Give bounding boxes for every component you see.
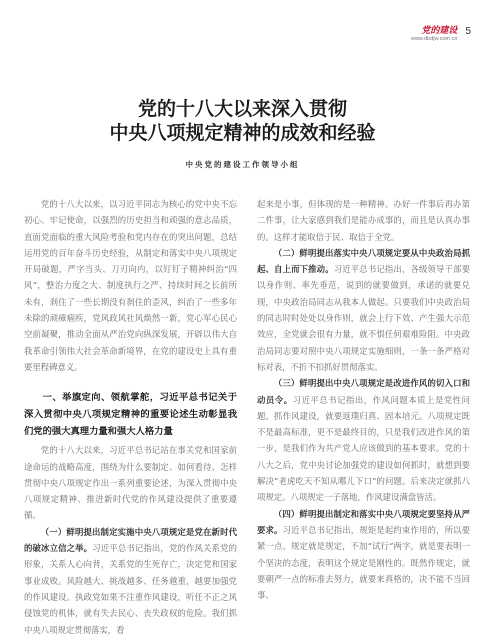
subsection-4-paragraph: （四）鲜明提出制定和落实中央八项规定要坚持从严要求。习近平总书记指出，规矩是起约… <box>257 506 470 604</box>
article-title-block: 党的十八大以来深入贯彻 中央八项规定精神的成效和经验 中央党的建设工作领导小组 <box>0 97 485 170</box>
subsection-1-paragraph: （一）鲜明提出制定实施中央八项规定是党在新时代的破冰立信之举。习近平总书记指出，… <box>24 524 237 638</box>
subsection-3-paragraph: （三）鲜明提出中央八项规定是改进作风的切入口和动员令。习近平总书记指出，作风问题… <box>257 375 470 505</box>
subsection-4-body: 习近平总书记指出，规矩是起约束作用的，所以要紧一点。规定就是规定，不加“试行”两… <box>257 525 470 600</box>
logo-url: www.dbdjw.com.cn <box>411 36 457 43</box>
subsection-1-body: 习近平总书记指出，党的作风关系党的形象，关系人心向背，关系党的生死存亡，决定党和… <box>24 543 237 634</box>
article-title-line-2: 中央八项规定精神的成效和经验 <box>0 121 485 145</box>
article-title-line-1: 党的十八大以来深入贯彻 <box>0 97 485 121</box>
section-heading-1: 一、举旗定向、领航掌舵，习近平总书记关于深入贯彻中央八项规定精神的重要论述生动彰… <box>24 389 237 440</box>
subsection-2-body: 习近平总书记指出，各级领导干部要以身作则、率先垂范，说到的就要做到，承诺的就要兑… <box>257 264 470 372</box>
page-number: 5 <box>465 27 471 43</box>
subsection-2-paragraph: （二）鲜明提出落实中央八项规定要从中央政治局抓起、自上而下推动。习近平总书记指出… <box>257 245 470 375</box>
logo-mark: 党的建设 <box>421 26 457 36</box>
intro-paragraph: 党的十八大以来，以习近平同志为核心的党中央不忘初心、牢记使命，以强烈的历史担当和… <box>24 196 237 375</box>
right-column: 起来是小事，但体现的是一种精神。办好一件事后再办第二件事，让大家感到我们是能办成… <box>257 196 470 603</box>
section-1-paragraph: 党的十八大以来，习近平总书记站在事关党和国家前途命运的战略高度，围绕为什么要制定… <box>24 442 237 523</box>
article-byline: 中央党的建设工作领导小组 <box>0 159 485 170</box>
left-column: 党的十八大以来，以习近平同志为核心的党中央不忘初心、牢记使命，以强烈的历史担当和… <box>24 196 237 638</box>
page-header: 党的建设 www.dbdjw.com.cn 5 <box>411 26 471 43</box>
magazine-logo: 党的建设 www.dbdjw.com.cn <box>411 26 457 43</box>
subsection-3-body: 习近平总书记指出，作风问题本质上是党性问题。抓作风建设，就要返璞归真、固本培元。… <box>257 395 470 503</box>
continued-paragraph: 起来是小事，但体现的是一种精神。办好一件事后再办第二件事，让大家感到我们是能办成… <box>257 196 470 245</box>
